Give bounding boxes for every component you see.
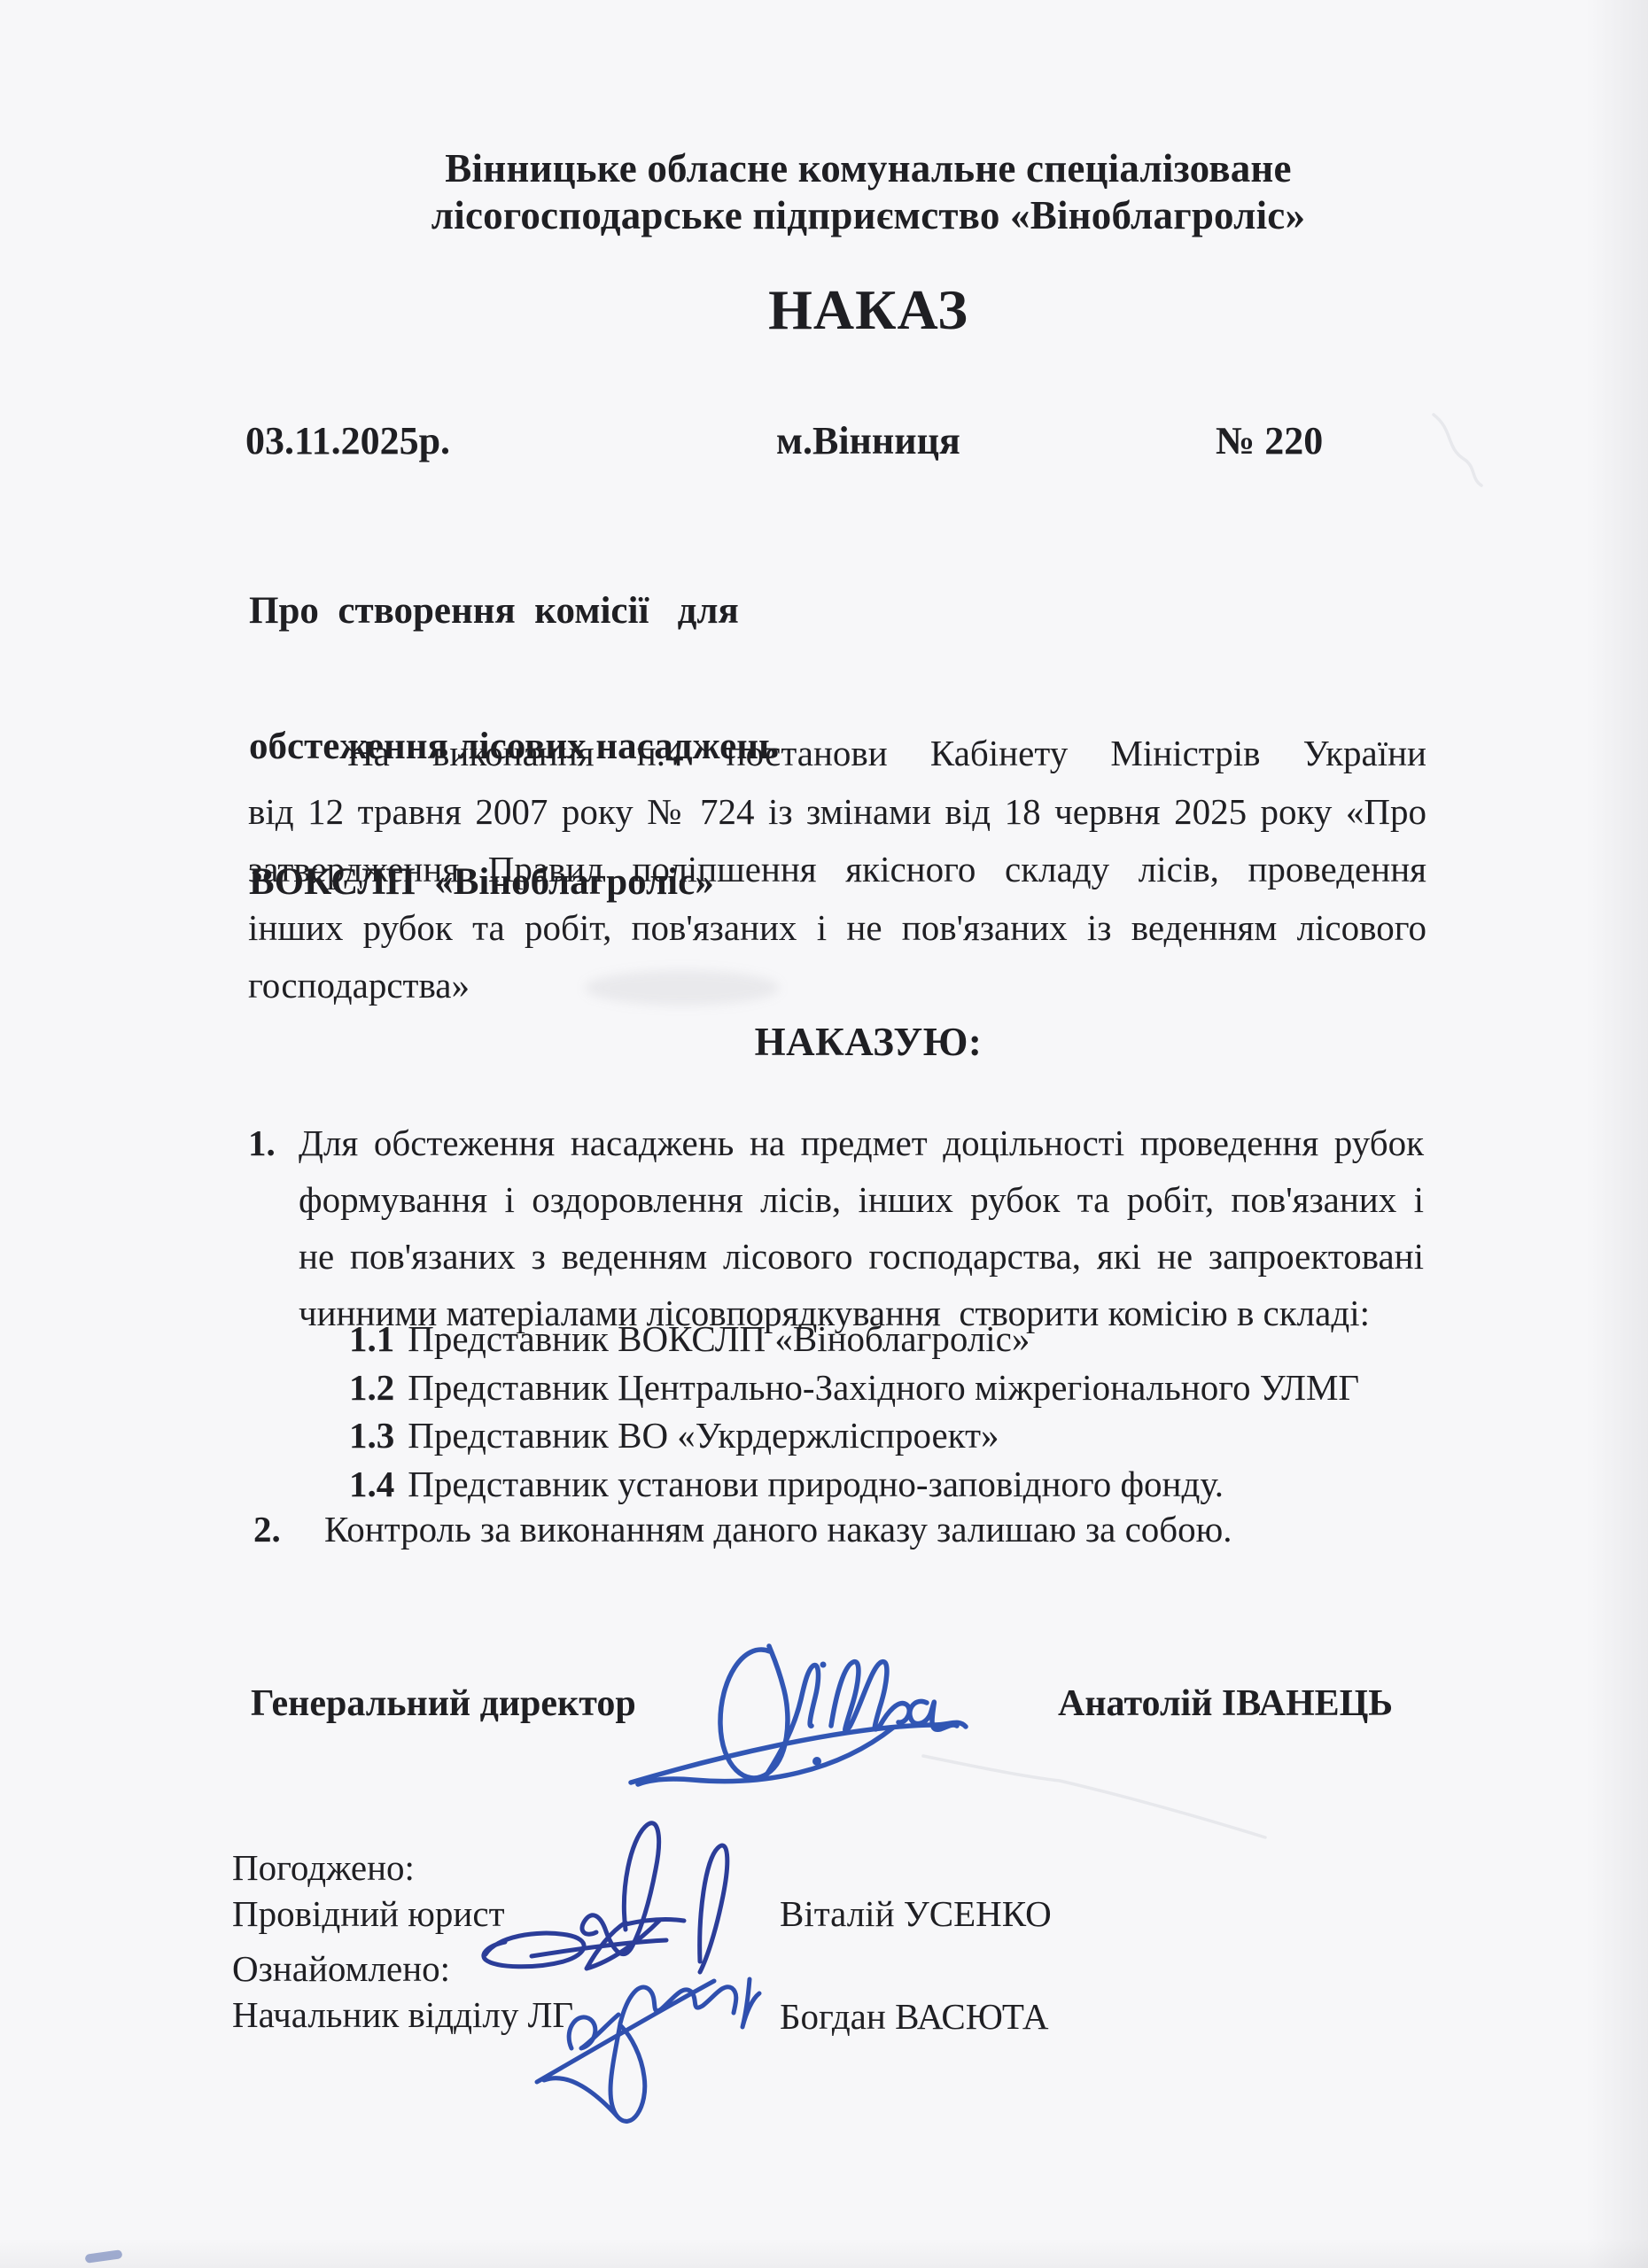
dept-title: Начальник відділу ЛГ (232, 1992, 573, 2038)
subitem-1-2: 1.2Представник Центрально-Західного міжр… (349, 1363, 1430, 1412)
item1-text: Для обстеження насаджень на предмет доці… (299, 1115, 1424, 1341)
item1-number: 1. (248, 1115, 276, 1171)
preamble-line2: від 12 травня 2007 року № 724 із змінами… (248, 783, 1426, 842)
acquainted-block: Ознайомлено: Начальник відділу ЛГ (232, 1946, 573, 2038)
preamble-line1: На виконання п.4 постанови Кабінету Міні… (248, 725, 1426, 783)
agreed-label: Погоджено: (232, 1845, 504, 1891)
preamble-line3: затвердження Правил поліпшення якісного … (248, 841, 1426, 899)
agreed-block: Погоджено: Провідний юрист (232, 1845, 504, 1937)
subject-line1: Про створення комісії для (249, 588, 887, 633)
item2-text: Контроль за виконанням даного наказу зал… (324, 1504, 1432, 1554)
item1-line1: Для обстеження насаджень на предмет доці… (299, 1115, 1424, 1171)
subitem-1-2-text: Представник Центрально-Західного міжрегі… (408, 1367, 1359, 1408)
acquainted-label: Ознайомлено: (232, 1946, 573, 1992)
jurist-title: Провідний юрист (232, 1891, 504, 1937)
dept-name: Богдан ВАСЮТА (780, 1993, 1048, 2039)
subitem-1-3: 1.3Представник ВО «Укрдержліспроект» (349, 1411, 1430, 1460)
subitem-1-3-number: 1.3 (349, 1415, 394, 1456)
resolve-heading: НАКАЗУЮ: (266, 1019, 1471, 1065)
commission-subitems: 1.1Представник ВОКСЛП «Віноблагроліс» 1.… (349, 1315, 1430, 1508)
item1-line3: не пов'язаних з веденням лісового господ… (299, 1228, 1424, 1285)
org-name-line1: Вінницьке обласне комунальне спеціалізов… (266, 145, 1471, 192)
scan-smudge (585, 970, 780, 1006)
director-signature-ink (631, 1646, 966, 1784)
order-date: 03.11.2025р. (245, 420, 450, 462)
item1-line2: формування і оздоровлення лісів, інших р… (299, 1171, 1424, 1228)
org-name-line2: лісогосподарське підприємство «Віноблагр… (266, 192, 1471, 239)
org-name: Вінницьке обласне комунальне спеціалізов… (266, 145, 1471, 239)
item2-number: 2. (253, 1504, 281, 1554)
director-title: Генеральний директор (251, 1682, 636, 1726)
subitem-1-1-text: Представник ВОКСЛП «Віноблагроліс» (408, 1318, 1030, 1359)
subitem-1-3-text: Представник ВО «Укрдержліспроект» (408, 1415, 999, 1456)
preamble-paragraph: На виконання п.4 постанови Кабінету Міні… (248, 725, 1426, 1015)
order-number: № 220 (1216, 420, 1323, 462)
scan-edge-speck (85, 2249, 123, 2264)
subitem-1-4: 1.4Представник установи природно-заповід… (349, 1460, 1430, 1509)
director-name: Анатолій ІВАНЕЦЬ (1058, 1682, 1393, 1726)
jurist-name: Віталій УСЕНКО (780, 1891, 1052, 1937)
subitem-1-4-text: Представник установи природно-заповідног… (408, 1464, 1224, 1504)
preamble-line4: інших рубок та робіт, пов'язаних і не по… (248, 899, 1426, 958)
order-title: НАКАЗ (266, 278, 1471, 342)
subitem-1-1-number: 1.1 (349, 1318, 394, 1359)
subitem-1-1: 1.1Представник ВОКСЛП «Віноблагроліс» (349, 1315, 1430, 1363)
subitem-1-2-number: 1.2 (349, 1367, 394, 1408)
scanned-order-page: Вінницьке обласне комунальне спеціалізов… (0, 0, 1648, 2268)
preamble-line5: господарства» (248, 957, 1426, 1015)
order-city: м.Вінниця (776, 420, 960, 462)
subitem-1-4-number: 1.4 (349, 1464, 394, 1504)
